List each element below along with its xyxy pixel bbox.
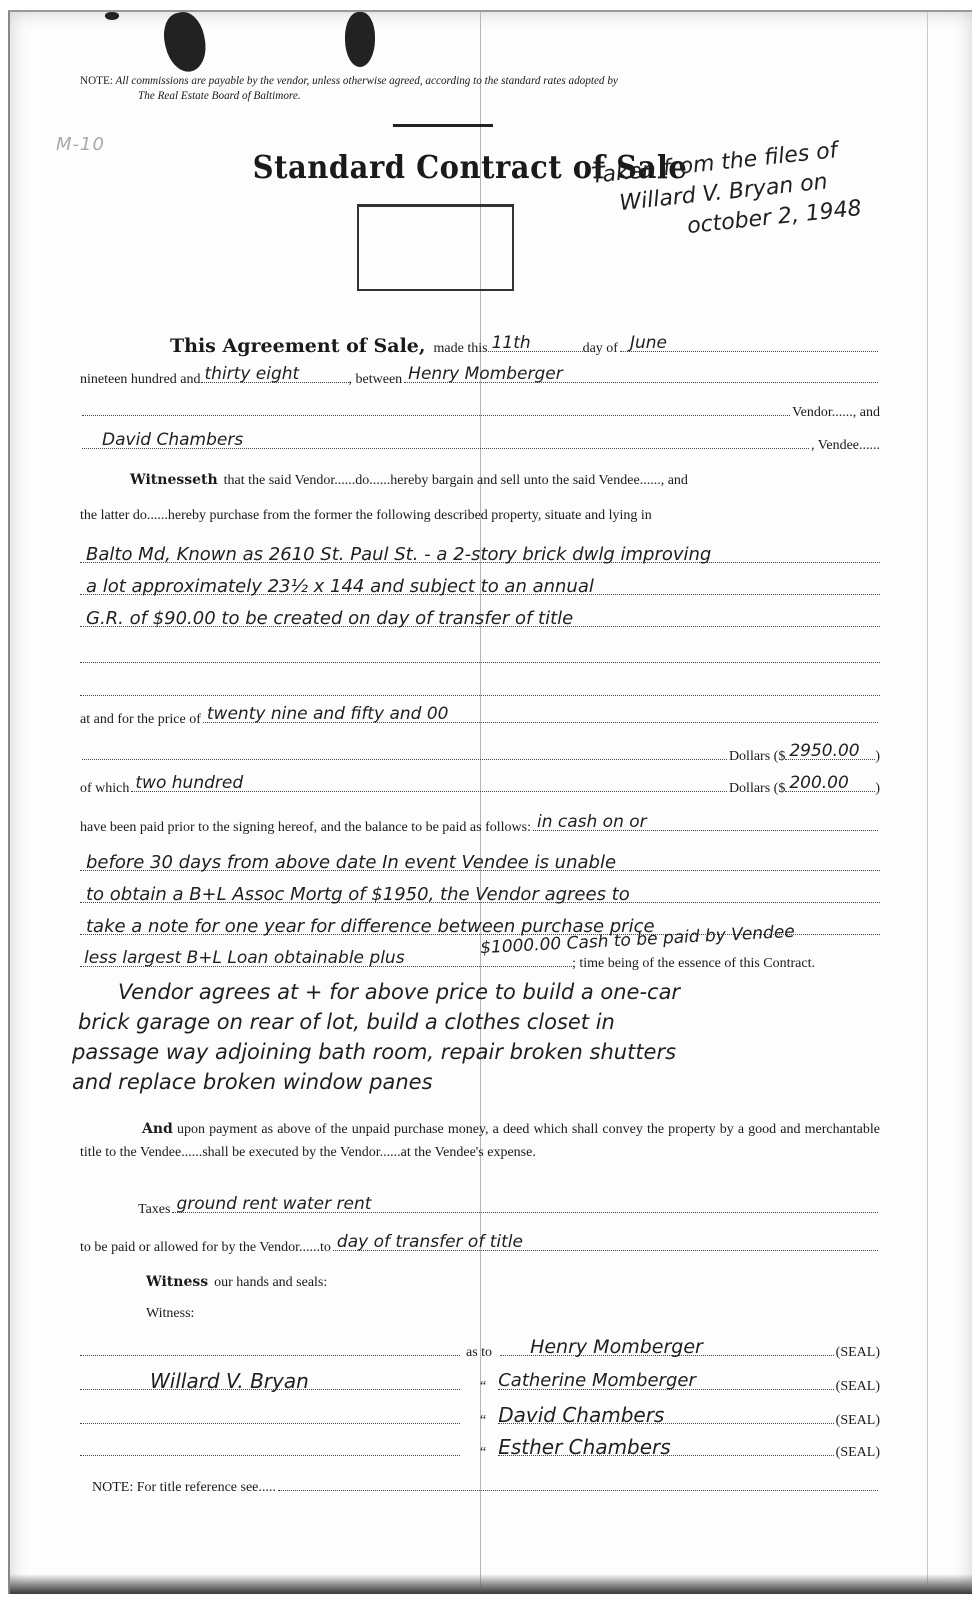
day-field[interactable]: 11th [488, 337, 583, 352]
balance-text: before 30 days from above date In event … [86, 852, 616, 873]
month-field[interactable]: June [620, 337, 878, 352]
balance-field[interactable]: in cash on or [533, 816, 878, 831]
price-label: at and for the price of [80, 710, 201, 730]
taxes-field[interactable]: ground rent water rent [172, 1198, 878, 1213]
signature-row: Willard V. Bryan “ Catherine Momberger (… [80, 1375, 880, 1397]
year-prefix-label: nineteen hundred and [80, 370, 201, 390]
month-value: June [630, 333, 667, 353]
deposit-line: of which two hundred Dollars ($ 200.00 ) [80, 777, 880, 799]
commission-note: NOTE: All commissions are payable by the… [80, 74, 900, 104]
dollars-close: ) [875, 747, 880, 767]
balance-lead-line: have been paid prior to the signing here… [80, 816, 880, 838]
taxes-line: Taxes ground rent water rent [138, 1198, 880, 1220]
party-signature-field[interactable]: Henry Momberger [500, 1341, 834, 1356]
blank-stamp-box [357, 204, 514, 291]
additional-term: Vendor agrees at + for above price to bu… [118, 980, 680, 1004]
witness-label: Witness: [146, 1304, 194, 1324]
witness-signature-field[interactable] [80, 1409, 460, 1424]
year-value: thirty eight [205, 364, 300, 384]
property-line[interactable]: G.R. of $90.00 to be created on day of t… [80, 612, 880, 627]
between-label: , between [349, 370, 403, 390]
balance-lead-text: have been paid prior to the signing here… [80, 818, 531, 838]
price-amount: 2950.00 [789, 741, 859, 761]
footer-note: NOTE: For title reference see..... [92, 1478, 276, 1498]
dollars-label: Dollars ($ [729, 747, 785, 767]
witness-signature-field[interactable] [80, 1341, 460, 1356]
party-signature: Henry Momberger [530, 1337, 703, 1357]
made-this-label: made this [434, 339, 488, 359]
deposit-amount-field[interactable]: 200.00 [785, 777, 875, 792]
year-field[interactable]: thirty eight [201, 368, 349, 383]
witness-signature-field[interactable] [80, 1441, 460, 1456]
vendor-extra-field[interactable] [82, 401, 790, 416]
taxes-paid-label: to be paid or allowed for by the Vendor.… [80, 1238, 331, 1258]
property-line[interactable] [80, 681, 880, 696]
page-shadow-edge [10, 1574, 972, 1594]
price-written: twenty nine and fifty and 00 [207, 704, 449, 724]
title-reference-field[interactable] [278, 1476, 878, 1491]
balance-last-field[interactable]: less largest B+L Loan obtainable plus [80, 952, 572, 967]
witness-label-line: Witness: [146, 1304, 346, 1324]
seal-label: (SEAL) [836, 1411, 880, 1431]
additional-term: and replace broken window panes [72, 1070, 433, 1094]
staple-hole [345, 12, 375, 67]
dollars-close: ) [875, 779, 880, 799]
ditto-mark: “ [480, 1377, 486, 1397]
staple-hole [159, 8, 211, 75]
as-to-label: as to [466, 1343, 492, 1363]
vendor-name-field[interactable]: Henry Momberger [404, 368, 878, 383]
witnesseth-text: that the said Vendor......do......hereby… [224, 471, 688, 491]
day-value: 11th [492, 333, 531, 353]
balance-lead-hand: in cash on or [537, 812, 647, 832]
price-written-field[interactable]: twenty nine and fifty and 00 [203, 708, 878, 723]
balance-last-line: less largest B+L Loan obtainable plus ; … [80, 952, 880, 974]
seal-label: (SEAL) [836, 1377, 880, 1397]
witness-heading-line: Witness our hands and seals: [146, 1272, 546, 1293]
price-line: at and for the price of twenty nine and … [80, 708, 880, 730]
balance-line[interactable]: to obtain a B+L Assoc Mortg of $1950, th… [80, 888, 880, 903]
witnesseth-heading: Witnesseth [130, 470, 218, 490]
party-signature-field[interactable]: Catherine Momberger [498, 1375, 833, 1390]
witness-signature-field[interactable]: Willard V. Bryan [80, 1375, 460, 1390]
party-signature-field[interactable]: Esther Chambers [498, 1441, 833, 1456]
vendor-name: Henry Momberger [408, 364, 563, 384]
balance-last-print: ; time being of the essence of this Cont… [572, 954, 815, 974]
property-line[interactable] [80, 648, 880, 663]
party-signature: David Chambers [498, 1405, 664, 1425]
agreement-heading: This Agreement of Sale, [170, 336, 426, 356]
vendor-line: Vendor......, and [80, 401, 880, 423]
agreement-line-2: nineteen hundred and thirty eight , betw… [80, 368, 880, 390]
day-of-label: day of [583, 339, 618, 359]
additional-term: brick garage on rear of lot, build a clo… [78, 1010, 615, 1034]
taxes-paid-field[interactable]: day of transfer of title [333, 1236, 878, 1251]
price-amount-line: Dollars ($ 2950.00 ) [80, 745, 880, 767]
price-amount-field[interactable]: 2950.00 [785, 745, 875, 760]
witnesseth-text-2: the latter do......hereby purchase from … [80, 506, 652, 526]
taxes-paid-line: to be paid or allowed for by the Vendor.… [80, 1236, 880, 1258]
property-text: a lot approximately 23½ x 144 and subjec… [86, 576, 594, 597]
note-text-line1: All commissions are payable by the vendo… [116, 75, 618, 87]
staple-hole [105, 12, 119, 20]
property-line[interactable]: a lot approximately 23½ x 144 and subjec… [80, 580, 880, 595]
signature-row: “ Esther Chambers (SEAL) [80, 1441, 880, 1463]
title-rule [393, 124, 493, 127]
vendee-label: , Vendee...... [811, 436, 880, 456]
seal-label: (SEAL) [836, 1443, 880, 1463]
note-text-line2: The Real Estate Board of Baltimore. [80, 89, 900, 104]
witness-signature: Willard V. Bryan [150, 1371, 309, 1391]
balance-last-hand: less largest B+L Loan obtainable plus [84, 948, 405, 968]
fold-line [927, 12, 928, 1594]
property-line[interactable]: Balto Md, Known as 2610 St. Paul St. - a… [80, 548, 880, 563]
dollars-label: Dollars ($ [729, 779, 785, 799]
taxes-paid-value: day of transfer of title [337, 1232, 523, 1252]
margin-pencil-mark: M-10 [56, 134, 105, 155]
deed-text: upon payment as above of the unpaid purc… [80, 1122, 880, 1160]
of-which-label: of which [80, 779, 129, 799]
deposit-written-field[interactable]: two hundred [131, 777, 727, 792]
balance-line[interactable]: before 30 days from above date In event … [80, 856, 880, 871]
title-reference-line: NOTE: For title reference see..... [92, 1476, 880, 1498]
vendor-label: Vendor......, and [792, 403, 880, 423]
witness-heading-rest: our hands and seals: [214, 1273, 327, 1293]
vendee-line: David Chambers , Vendee...... [80, 434, 880, 456]
deposit-written: two hundred [135, 773, 243, 793]
signature-row: as to Henry Momberger (SEAL) [80, 1341, 880, 1363]
balance-text: to obtain a B+L Assoc Mortg of $1950, th… [86, 884, 630, 905]
witnesseth-line-1: Witnesseth that the said Vendor......do.… [80, 470, 880, 491]
property-text: G.R. of $90.00 to be created on day of t… [86, 608, 573, 629]
party-signature-field[interactable]: David Chambers [498, 1409, 833, 1424]
ditto-mark: “ [480, 1443, 486, 1463]
deed-paragraph: And upon payment as above of the unpaid … [80, 1118, 880, 1164]
signature-row: “ David Chambers (SEAL) [80, 1409, 880, 1431]
seal-label: (SEAL) [836, 1343, 880, 1363]
witness-heading: Witness [146, 1272, 208, 1292]
agreement-line-1: This Agreement of Sale, made this 11th d… [80, 336, 880, 359]
additional-term: passage way adjoining bath room, repair … [72, 1040, 676, 1064]
witnesseth-line-2: the latter do......hereby purchase from … [80, 506, 880, 526]
vendee-name-field[interactable]: David Chambers [82, 434, 809, 449]
deposit-amount: 200.00 [789, 773, 848, 793]
property-text: Balto Md, Known as 2610 St. Paul St. - a… [86, 544, 711, 565]
price-extra-field[interactable] [82, 745, 727, 760]
note-label: NOTE: [80, 75, 113, 87]
party-signature: Catherine Momberger [498, 1371, 696, 1391]
taxes-value: ground rent water rent [176, 1194, 371, 1214]
vendee-name: David Chambers [102, 430, 243, 450]
ditto-mark: “ [480, 1411, 486, 1431]
deed-heading: And [142, 1121, 173, 1137]
party-signature: Esther Chambers [498, 1437, 670, 1457]
taxes-label: Taxes [138, 1200, 170, 1220]
